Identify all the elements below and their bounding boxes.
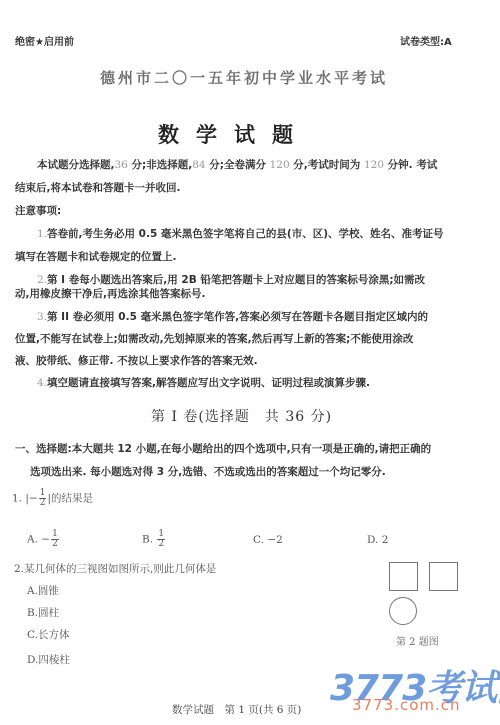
option-label: A. xyxy=(27,585,38,597)
question-1-option-d: D. 2 xyxy=(367,534,388,546)
option-label: C. xyxy=(253,534,264,546)
stem-suffix: |的结果是 xyxy=(47,493,93,505)
note-item-4-line-1: 4.填空题请直接填写答案,解答题应写出文字说明、证明过程或演算步骤. xyxy=(37,376,370,390)
question-number: 2. xyxy=(14,563,24,575)
option-label: D. xyxy=(27,654,38,666)
paper-type-label: 试卷类型:A xyxy=(400,33,452,48)
fraction: 12 xyxy=(51,530,59,549)
question-1-option-c: C. −2 xyxy=(253,534,283,546)
figure-caption: 第 2 题图 xyxy=(396,633,439,648)
note-text: 填空题请直接填写答案,解答题应写出文字说明、证明过程或演算步骤. xyxy=(47,377,370,389)
option-value: 2 xyxy=(382,534,389,546)
fraction-denominator: 2 xyxy=(52,540,58,549)
option-value: 长方体 xyxy=(38,629,70,641)
fraction-denominator: 2 xyxy=(40,499,46,508)
notes-heading: 注意事项: xyxy=(15,204,61,218)
question-1-stem: 1. |−12|的结果是 xyxy=(12,489,93,508)
watermark-url: 3773.com.cn xyxy=(352,696,461,714)
option-value: 圆柱 xyxy=(38,607,59,619)
question-2-option-d: D.四棱柱 xyxy=(27,652,70,667)
note-number: 1. xyxy=(37,228,47,240)
fraction: 12 xyxy=(157,530,165,549)
option-label: B. xyxy=(27,607,38,619)
option-label: C. xyxy=(27,629,38,641)
option-value: −2 xyxy=(267,534,282,546)
option-label: A. xyxy=(27,534,38,546)
section-instruction-line-1: 一、选择题:本大题共 12 小题,在每小题给出的四个选项中,只有一项是正确的,请… xyxy=(15,442,431,456)
intro-text: 分;非选择题, xyxy=(128,159,192,171)
note-item-2-line-2: 动,用橡皮擦干净后,再选涂其他答案标号. xyxy=(15,287,205,301)
note-item-3-line-3: 液、胶带纸、修正带. 不按以上要求作答的答案无效. xyxy=(15,354,258,368)
fraction-denominator: 2 xyxy=(158,540,164,549)
exam-title: 德州市二〇一五年初中学业水平考试 xyxy=(100,67,388,88)
intro-line-2: 结束后,将本试卷和答题卡一并收回. xyxy=(15,181,180,195)
page-footer: 数学试题 第 1 页(共 6 页) xyxy=(172,702,301,717)
choice-score: 36 xyxy=(115,159,128,171)
top-view-circle-icon xyxy=(389,597,417,625)
abs-prefix: |− xyxy=(25,493,37,505)
note-number: 2. xyxy=(37,274,47,286)
question-1-option-a: A. −12 xyxy=(27,530,60,549)
intro-text: 本试题分选择题, xyxy=(37,159,115,171)
stem-text: 某几何体的三视图如图所示,则此几何体是 xyxy=(24,563,216,575)
question-number: 1. xyxy=(12,493,22,505)
option-value: 四棱柱 xyxy=(38,654,70,666)
note-item-2-line-1: 2.第 I 卷每小题选出答案后,用 2B 铅笔把答题卡上对应题目的答案标号涂黑;… xyxy=(37,273,425,287)
note-item-1-line-1: 1.答卷前,考生务必用 0.5 毫米黑色签字笔将自己的县(市、区)、学校、姓名、… xyxy=(37,227,444,241)
question-2-option-b: B.圆柱 xyxy=(27,605,59,620)
question-2-stem: 2.某几何体的三视图如图所示,则此几何体是 xyxy=(14,561,216,576)
exam-duration: 120 xyxy=(364,159,384,171)
note-text: 第 II 卷必须用 0.5 毫米黑色签字笔作答,答案必须写在答题卡各题目指定区域… xyxy=(47,311,428,323)
intro-line-1: 本试题分选择题,36 分;非选择题,84 分;全卷满分 120 分,考试时间为 … xyxy=(37,158,437,172)
option-label: D. xyxy=(367,534,378,546)
option-label: B. xyxy=(142,534,153,546)
note-text: 第 I 卷每小题选出答案后,用 2B 铅笔把答题卡上对应题目的答案标号涂黑;如需… xyxy=(47,274,425,286)
section-instruction-line-2: 选项选出来. 每小题选对得 3 分,选错、不选或选出的答案超过一个均记零分. xyxy=(30,465,386,479)
intro-text: 分钟. 考试 xyxy=(384,159,437,171)
confidential-label: 绝密★启用前 xyxy=(15,33,74,48)
non-choice-score: 84 xyxy=(192,159,205,171)
section-title: 第 I 卷(选择题 共 36 分) xyxy=(151,406,332,426)
side-view-square-icon xyxy=(429,562,458,591)
intro-text: 分,考试时间为 xyxy=(290,159,364,171)
question-2-option-c: C.长方体 xyxy=(27,627,70,642)
subject-title: 数学试题 xyxy=(158,119,310,149)
question-2-option-a: A.圆锥 xyxy=(27,583,59,598)
note-number: 4. xyxy=(37,377,47,389)
fraction: 12 xyxy=(39,489,47,508)
option-sign: − xyxy=(41,534,50,546)
question-1-option-b: B. 12 xyxy=(142,530,166,549)
total-score: 120 xyxy=(270,159,290,171)
note-item-3-line-2: 位置,不能写在试卷上;如需改动,先划掉原来的答案,然后再写上新的答案;不能使用涂… xyxy=(15,332,413,346)
note-item-1-line-2: 填写在答题卡和试卷规定的位置上. xyxy=(15,250,177,264)
note-number: 3. xyxy=(37,311,47,323)
option-value: 圆锥 xyxy=(38,585,59,597)
intro-text: 分;全卷满分 xyxy=(206,159,270,171)
note-text: 答卷前,考生务必用 0.5 毫米黑色签字笔将自己的县(市、区)、学校、姓名、准考… xyxy=(47,228,444,240)
note-item-3-line-1: 3.第 II 卷必须用 0.5 毫米黑色签字笔作答,答案必须写在答题卡各题目指定… xyxy=(37,310,428,324)
front-view-square-icon xyxy=(389,562,418,591)
